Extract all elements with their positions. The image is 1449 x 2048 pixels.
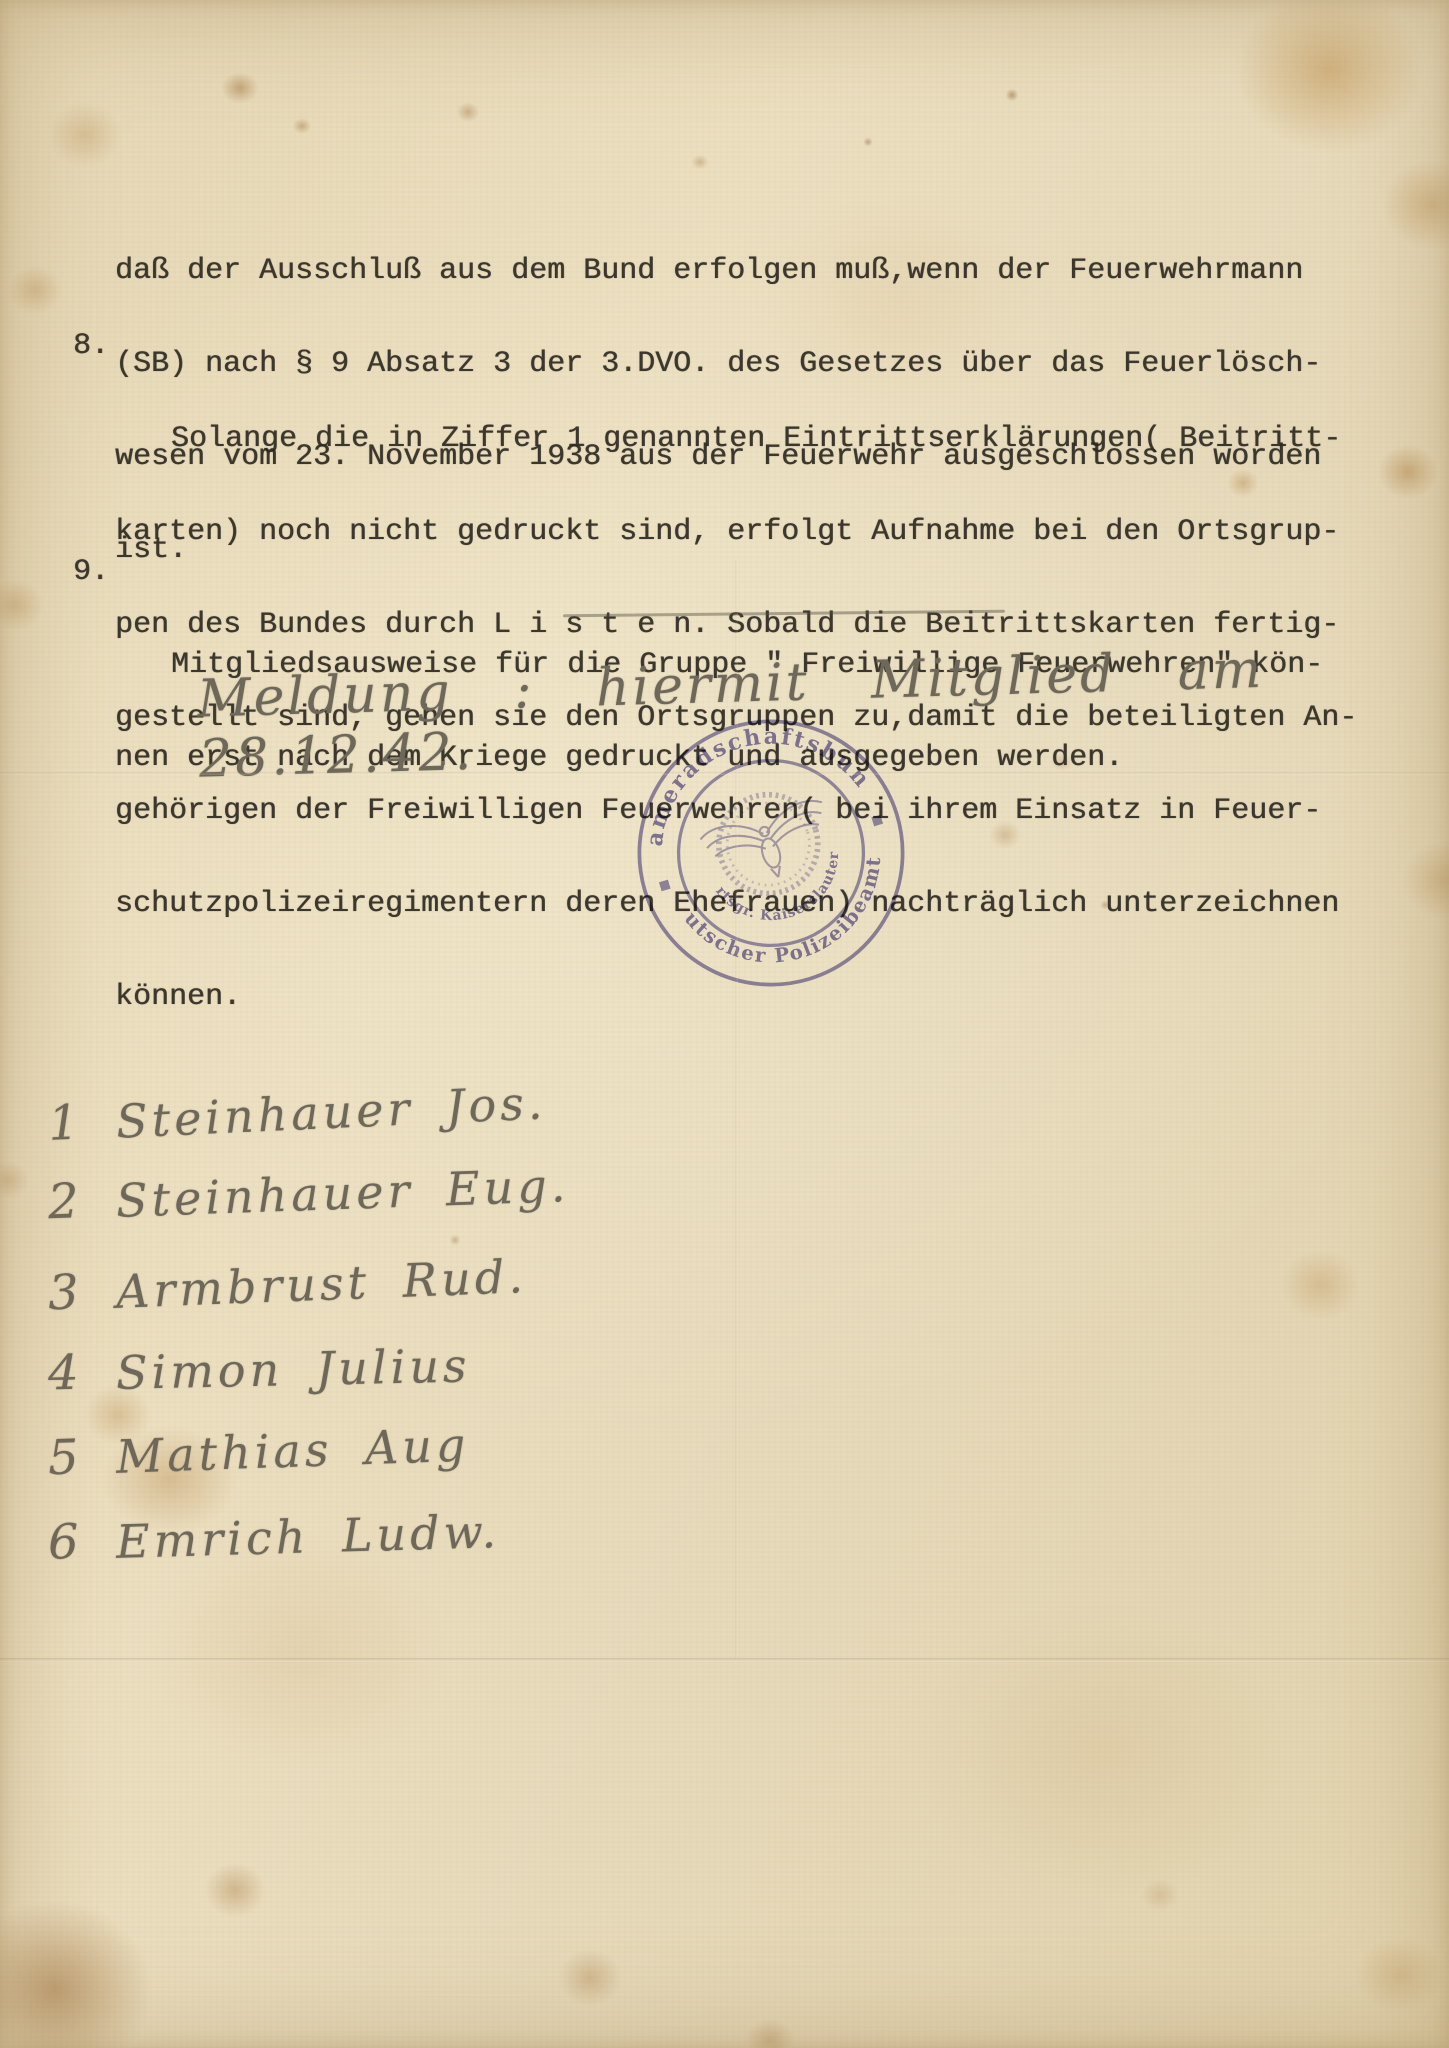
- member-row: 5 Mathias Aug: [47, 1406, 749, 1492]
- member-name: Simon Julius: [115, 1338, 471, 1399]
- paragraph-number: 8.: [73, 331, 109, 362]
- member-name: Armbrust Rud.: [115, 1249, 528, 1319]
- member-number: 1: [47, 1094, 97, 1152]
- member-number: 2: [47, 1173, 97, 1231]
- fold-crease: [0, 1658, 1449, 1662]
- paragraph-number: 9.: [73, 557, 109, 588]
- member-number: 4: [47, 1344, 96, 1401]
- typed-line: karten) noch nicht gedruckt sind, erfolg…: [115, 517, 1357, 548]
- member-name: Emrich Ludw.: [115, 1504, 500, 1569]
- typed-line: Solange die in Ziffer 1 genannten Eintri…: [115, 424, 1357, 455]
- member-name: Steinhauer Eug.: [115, 1158, 570, 1228]
- member-row: 2 Steinhauer Eug.: [47, 1150, 749, 1236]
- member-row: 3 Armbrust Rud.: [47, 1239, 749, 1328]
- typed-line: daß der Ausschluß aus dem Bund erfolgen …: [115, 256, 1321, 287]
- member-number: 6: [47, 1513, 97, 1570]
- member-row: 1 Steinhauer Jos.: [47, 1064, 749, 1158]
- member-name: Steinhauer Jos.: [115, 1075, 547, 1148]
- typed-line: schutzpolizeiregimentern deren Ehefrauen…: [115, 889, 1357, 920]
- member-name: Mathias Aug: [115, 1418, 470, 1484]
- member-number: 3: [47, 1264, 97, 1322]
- member-row: 6 Emrich Ludw.: [47, 1495, 748, 1577]
- typed-line: können.: [115, 982, 1357, 1013]
- scanned-document-page: daß der Ausschluß aus dem Bund erfolgen …: [0, 0, 1449, 2048]
- member-number: 5: [47, 1429, 97, 1487]
- member-row: 4 Simon Julius: [47, 1331, 748, 1408]
